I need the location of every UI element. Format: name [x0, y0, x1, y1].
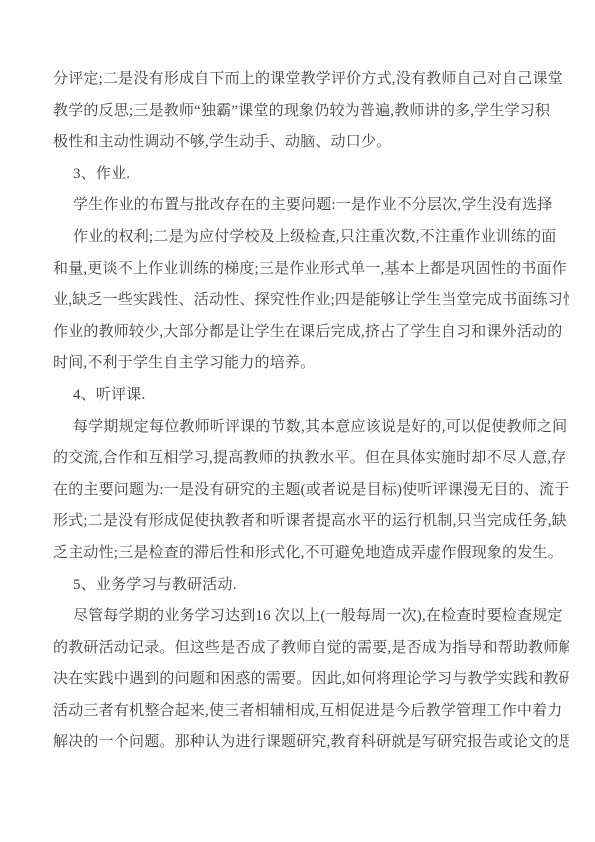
text-line: 活动三者有机整合起来,使三者相辅相成,互相促进是今后教学管理工作中着力 — [53, 696, 569, 728]
section-heading: 5、业务学习与教研活动. — [53, 570, 569, 602]
text-line: 每学期规定每位教师听评课的节数,其本意应该说是好的,可以促使教师之间 — [53, 412, 569, 444]
document-page: 分评定;二是没有形成自下而上的课堂教学评价方式,没有教师自己对自己课堂 教学的反… — [0, 0, 595, 842]
text-line: 解决的一个问题。那种认为进行课题研究,教育科研就是写研究报告或论文的思 — [53, 727, 569, 759]
text-line: 乏主动性;三是检查的滞后性和形式化,不可避免地造成弄虚作假现象的发生。 — [53, 538, 569, 570]
text-line: 在的主要问题为:一是没有研究的主题(或者说是目标)使听评课漫无目的、流于 — [53, 475, 569, 507]
text-line: 分评定;二是没有形成自下而上的课堂教学评价方式,没有教师自己对自己课堂 — [53, 64, 569, 96]
text-line: 作业的教师较少,大部分都是让学生在课后完成,挤占了学生自习和课外活动的 — [53, 317, 569, 349]
text-line: 极性和主动性调动不够,学生动手、动脑、动口少。 — [53, 127, 569, 159]
text-line: 作业的权利;二是为应付学校及上级检查,只注重次数,不注重作业训练的面 — [53, 222, 569, 254]
text-line: 教学的反思;三是教师“独霸”课堂的现象仍较为普遍,教师讲的多,学生学习积 — [53, 96, 569, 128]
text-line: 的交流,合作和互相学习,提高教师的执教水平。但在具体实施时却不尽人意,存 — [53, 443, 569, 475]
section-heading: 4、听评课. — [53, 380, 569, 412]
text-line: 时间,不利于学生自主学习能力的培养。 — [53, 348, 569, 380]
text-line: 业,缺乏一些实践性、活动性、探究性作业;四是能够让学生当堂完成书面练习性 — [53, 285, 569, 317]
text-line: 决在实践中遇到的问题和困惑的需要。因此,如何将理论学习与教学实践和教研 — [53, 664, 569, 696]
text-line: 形式;二是没有形成促使执教者和听课者提高水平的运行机制,只当完成任务,缺 — [53, 506, 569, 538]
text-line: 的教研活动记录。但这些是否成了教师自觉的需要,是否成为指导和帮助教师解 — [53, 633, 569, 665]
section-heading: 3、作业. — [53, 159, 569, 191]
text-line: 和量,更谈不上作业训练的梯度;三是作业形式单一,基本上都是巩固性的书面作 — [53, 254, 569, 286]
text-line: 学生作业的布置与批改存在的主要问题:一是作业不分层次,学生没有选择 — [53, 190, 569, 222]
text-line: 尽管每学期的业务学习达到16 次以上(一般每周一次),在检查时要检查规定 — [53, 601, 569, 633]
document-body-text: 分评定;二是没有形成自下而上的课堂教学评价方式,没有教师自己对自己课堂 教学的反… — [53, 64, 569, 759]
